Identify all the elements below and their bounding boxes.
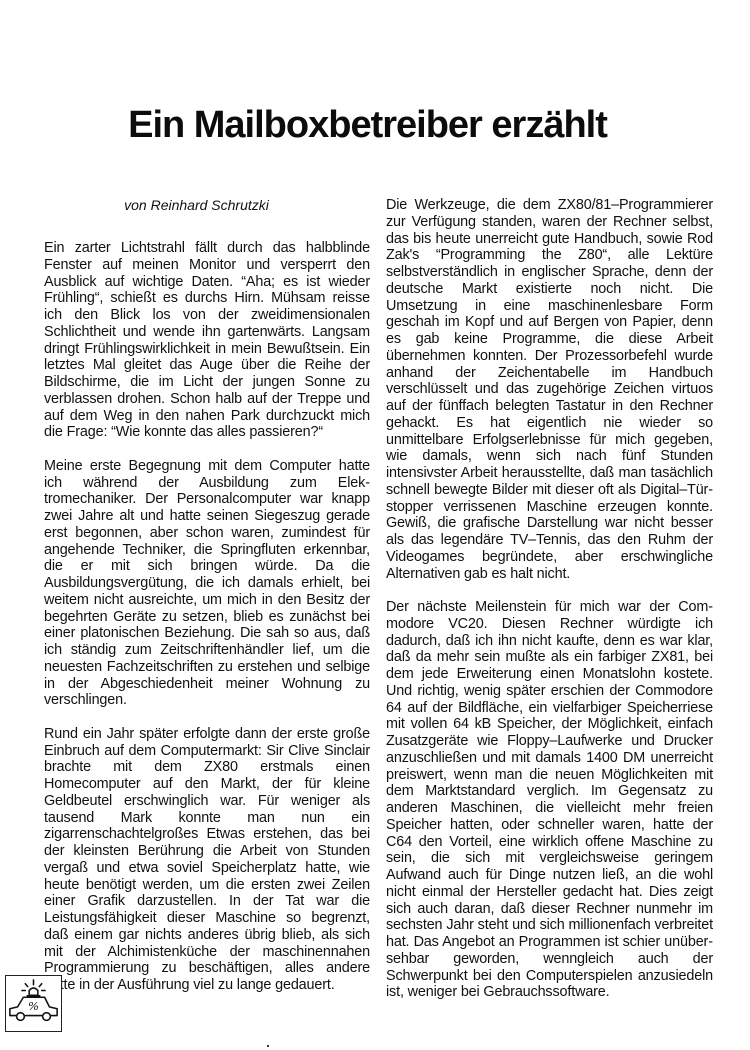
left-column: Ein zarter Lichtstrahl fällt durch das h…	[44, 240, 370, 1011]
article-title: Ein Mailboxbetreiber erzählt	[0, 103, 750, 147]
scan-speck	[267, 1045, 269, 1047]
right-column: Die Werkzeuge, die dem ZX80/81–Program­m…	[386, 197, 713, 1018]
article-byline: von Reinhard Schrutzki	[44, 197, 369, 214]
paragraph: Die Werkzeuge, die dem ZX80/81–Program­m…	[386, 197, 713, 582]
paragraph: Ein zarter Lichtstrahl fällt durch das h…	[44, 240, 370, 441]
paragraph: Meine erste Begegnung mit dem Computer h…	[44, 458, 370, 709]
police-car-percent-icon: %	[5, 975, 62, 1032]
svg-text:%: %	[28, 999, 39, 1013]
paragraph: Rund ein Jahr später erfolgte dann der e…	[44, 726, 370, 994]
paragraph: Der nächste Meilenstein für mich war der…	[386, 599, 713, 1001]
